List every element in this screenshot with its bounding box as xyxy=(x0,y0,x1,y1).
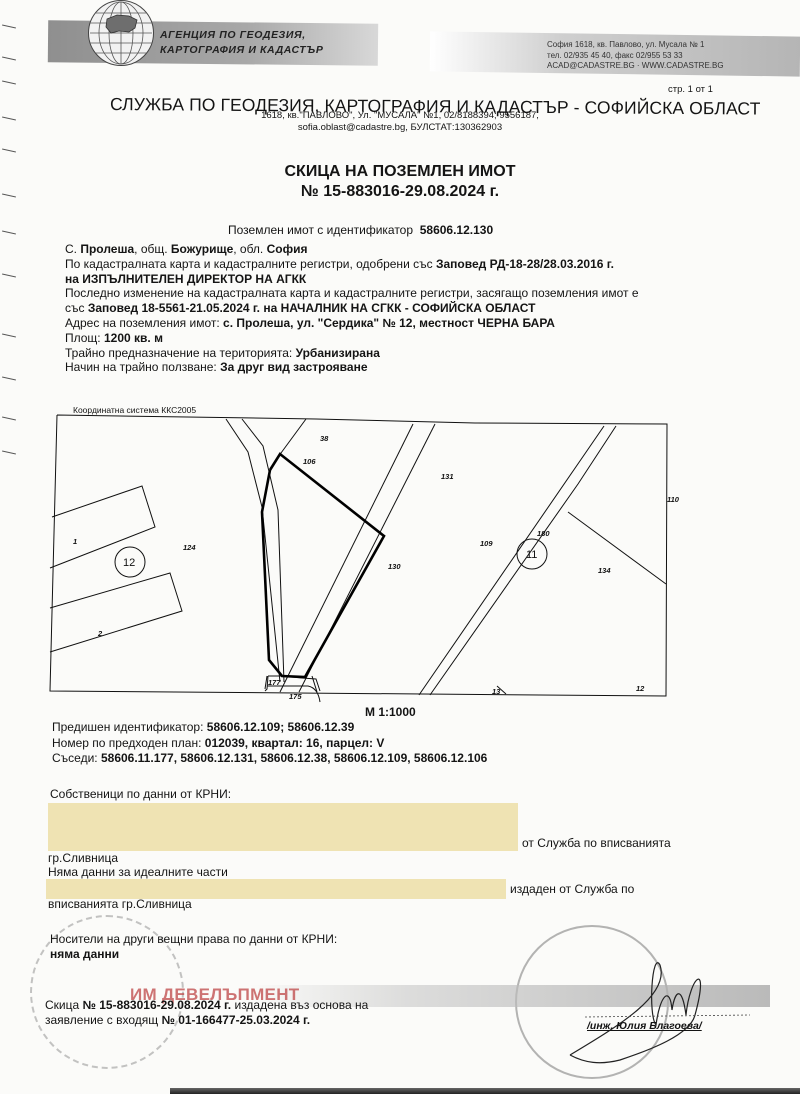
region-prefix: , обл. xyxy=(233,242,263,256)
region: София xyxy=(267,242,308,256)
parcel-134: 134 xyxy=(598,566,611,575)
previous-info: Предишен идентификатор: 58606.12.109; 58… xyxy=(52,720,487,767)
agency-contact: София 1618, кв. Павлово, ул. Мусала № 1 … xyxy=(547,40,724,72)
usage-line: Начин на трайно ползване: За друг вид за… xyxy=(65,360,639,375)
parcel-110: 110 xyxy=(667,495,680,504)
last-change-order: Заповед 18-5561-21.05.2024 г. на НАЧАЛНИ… xyxy=(88,301,536,315)
usage-value: За друг вид застрояване xyxy=(220,360,367,374)
last-change-order-line: със Заповед 18-5561-21.05.2024 г. на НАЧ… xyxy=(65,301,639,316)
village: Пролеша xyxy=(80,242,134,256)
usage-label: Начин на трайно ползване: xyxy=(65,360,217,374)
agency-name: АГЕНЦИЯ ПО ГЕОДЕЗИЯ, КАРТОГРАФИЯ И КАДАС… xyxy=(160,28,323,58)
signature-icon xyxy=(560,955,760,1065)
sketch-basis-line: Скица № 15-883016-29.08.2024 г. издадена… xyxy=(45,998,368,1012)
purpose-label: Трайно предназначение на територията: xyxy=(65,346,292,360)
deed-issued-city: вписванията гр.Сливница xyxy=(48,897,192,911)
parcel-13: 13 xyxy=(492,687,501,696)
village-prefix: С. xyxy=(65,242,77,256)
agency-name-line2: КАРТОГРАФИЯ И КАДАСТЪР xyxy=(160,43,323,58)
previous-id-value: 58606.12.109; 58606.12.39 xyxy=(207,720,354,734)
municipality-prefix: , общ. xyxy=(134,242,167,256)
binding-mark xyxy=(2,25,16,29)
parcel-12: 12 xyxy=(636,684,645,693)
parcel-177: 177 xyxy=(268,678,281,687)
municipality: Божурище xyxy=(171,242,233,256)
office-contact: sofia.oblast@cadastre.bg, БУЛСТАТ:130362… xyxy=(0,122,800,134)
block-number-11: 11 xyxy=(526,549,537,561)
agency-name-line1: АГЕНЦИЯ ПО ГЕОДЕЗИЯ, xyxy=(160,28,323,43)
binding-mark xyxy=(2,451,16,455)
contact-web: ACAD@CADASTRE.BG · WWW.CADASTRE.BG xyxy=(547,61,724,72)
application-line: заявление с входящ № 01-166477-25.03.202… xyxy=(45,1013,310,1027)
address-label: Адрес на поземления имот: xyxy=(65,316,220,330)
parcel-2: 2 xyxy=(97,629,103,638)
agency-logo-globe-icon xyxy=(88,0,154,66)
block-number-12: 12 xyxy=(123,557,135,569)
binding-mark xyxy=(2,57,16,61)
parcel-106: 106 xyxy=(303,457,316,466)
address-line: Адрес на поземления имот: с. Пролеша, ул… xyxy=(65,316,639,331)
parcel-38: 38 xyxy=(320,434,329,443)
parcel-1: 1 xyxy=(73,537,77,546)
purpose-line: Трайно предназначение на територията: Ур… xyxy=(65,346,639,361)
other-rights-value: няма данни xyxy=(50,947,119,961)
binding-mark xyxy=(2,334,16,338)
application-text: заявление с входящ xyxy=(45,1013,158,1027)
previous-plan-label: Номер по предходен план: xyxy=(52,736,201,750)
redacted-deed xyxy=(46,879,506,899)
parcel-130: 130 xyxy=(388,562,401,571)
binding-mark xyxy=(2,417,16,421)
owners-source-city: гр.Сливница xyxy=(48,851,118,865)
approval-by: на ИЗПЪЛНИТЕЛЕН ДИРЕКТОР НА АГКК xyxy=(65,272,639,287)
approval-text: По кадастралната карта и кадастралните р… xyxy=(65,257,433,271)
area-value: 1200 кв. м xyxy=(104,331,163,345)
location-line: С. Пролеша, общ. Божурище, обл. София xyxy=(65,242,639,257)
area-line: Площ: 1200 кв. м xyxy=(65,331,639,346)
page-edge-shadow xyxy=(170,1088,800,1094)
neighbours-line: Съседи: 58606.11.177, 58606.12.131, 5860… xyxy=(52,751,487,767)
owners-label: Собственици по данни от КРНИ: xyxy=(50,787,231,801)
binding-mark xyxy=(2,81,16,85)
cadastral-map: 12 11 38 106 131 130 109 180 110 134 124… xyxy=(50,414,750,706)
parcel-109: 109 xyxy=(480,539,493,548)
other-rights-label: Носители на други вещни права по данни о… xyxy=(50,932,337,946)
last-change-prefix: със xyxy=(65,301,85,315)
parcel-124: 124 xyxy=(183,543,196,552)
neighbours-value: 58606.11.177, 58606.12.131, 58606.12.38,… xyxy=(101,751,487,765)
binding-mark xyxy=(2,274,16,278)
identifier-line: Поземлен имот с идентификатор 58606.12.1… xyxy=(228,223,493,237)
approval-order: Заповед РД-18-28/28.03.2016 г. xyxy=(436,257,614,271)
document-title: СКИЦА НА ПОЗЕМЛЕН ИМОТ xyxy=(0,163,800,181)
deed-issued: издаден от Служба по xyxy=(510,882,634,896)
previous-plan-value: 012039, квартал: 16, парцел: V xyxy=(205,736,385,750)
previous-plan-line: Номер по предходен план: 012039, квартал… xyxy=(52,736,487,752)
identifier-label: Поземлен имот с идентификатор xyxy=(228,223,413,237)
other-rights-value-text: няма данни xyxy=(50,947,119,961)
document-number: № 15-883016-29.08.2024 г. xyxy=(0,183,800,201)
previous-id-label: Предишен идентификатор: xyxy=(52,720,203,734)
purpose-value: Урбанизирана xyxy=(296,346,380,360)
binding-mark xyxy=(2,149,16,153)
area-label: Площ: xyxy=(65,331,101,345)
contact-address: София 1618, кв. Павлово, ул. Мусала № 1 xyxy=(547,40,724,51)
binding-mark xyxy=(2,377,16,381)
sketch-prefix: Скица xyxy=(45,998,79,1012)
contact-phone: тел. 02/935 45 40, факс 02/955 53 33 xyxy=(547,51,724,62)
property-info: С. Пролеша, общ. Божурище, обл. София По… xyxy=(65,242,639,375)
sketch-number: № 15-883016-29.08.2024 г. xyxy=(83,998,232,1012)
ideal-parts: Няма данни за идеалните части xyxy=(48,865,228,879)
parcel-131: 131 xyxy=(441,472,454,481)
owners-source: от Служба по вписванията xyxy=(522,836,671,850)
address-value: с. Пролеша, ул. "Сердика" № 12, местност… xyxy=(223,316,555,330)
sketch-issued-text: издадена въз основа на xyxy=(234,998,368,1012)
approval-line: По кадастралната карта и кадастралните р… xyxy=(65,257,639,272)
map-scale: М 1:1000 xyxy=(365,705,416,719)
previous-id-line: Предишен идентификатор: 58606.12.109; 58… xyxy=(52,720,487,736)
binding-mark xyxy=(2,231,16,235)
parcel-180: 180 xyxy=(537,529,550,538)
identifier-value: 58606.12.130 xyxy=(420,223,493,237)
approval-authority: на ИЗПЪЛНИТЕЛЕН ДИРЕКТОР НА АГКК xyxy=(65,272,306,286)
redacted-owner xyxy=(48,803,518,851)
parcel-175: 175 xyxy=(289,692,302,701)
signatory-name: /инж. Юлия Благоева/ xyxy=(587,1020,702,1032)
office-address: 1618, кв."ПАВЛОВО", Ул. "МУСАЛА" №1, 02/… xyxy=(0,110,800,122)
neighbours-label: Съседи: xyxy=(52,751,98,765)
application-number: № 01-166477-25.03.2024 г. xyxy=(162,1013,311,1027)
last-change-line: Последно изменение на кадастралната карт… xyxy=(65,286,639,301)
page-number: стр. 1 от 1 xyxy=(668,84,713,95)
